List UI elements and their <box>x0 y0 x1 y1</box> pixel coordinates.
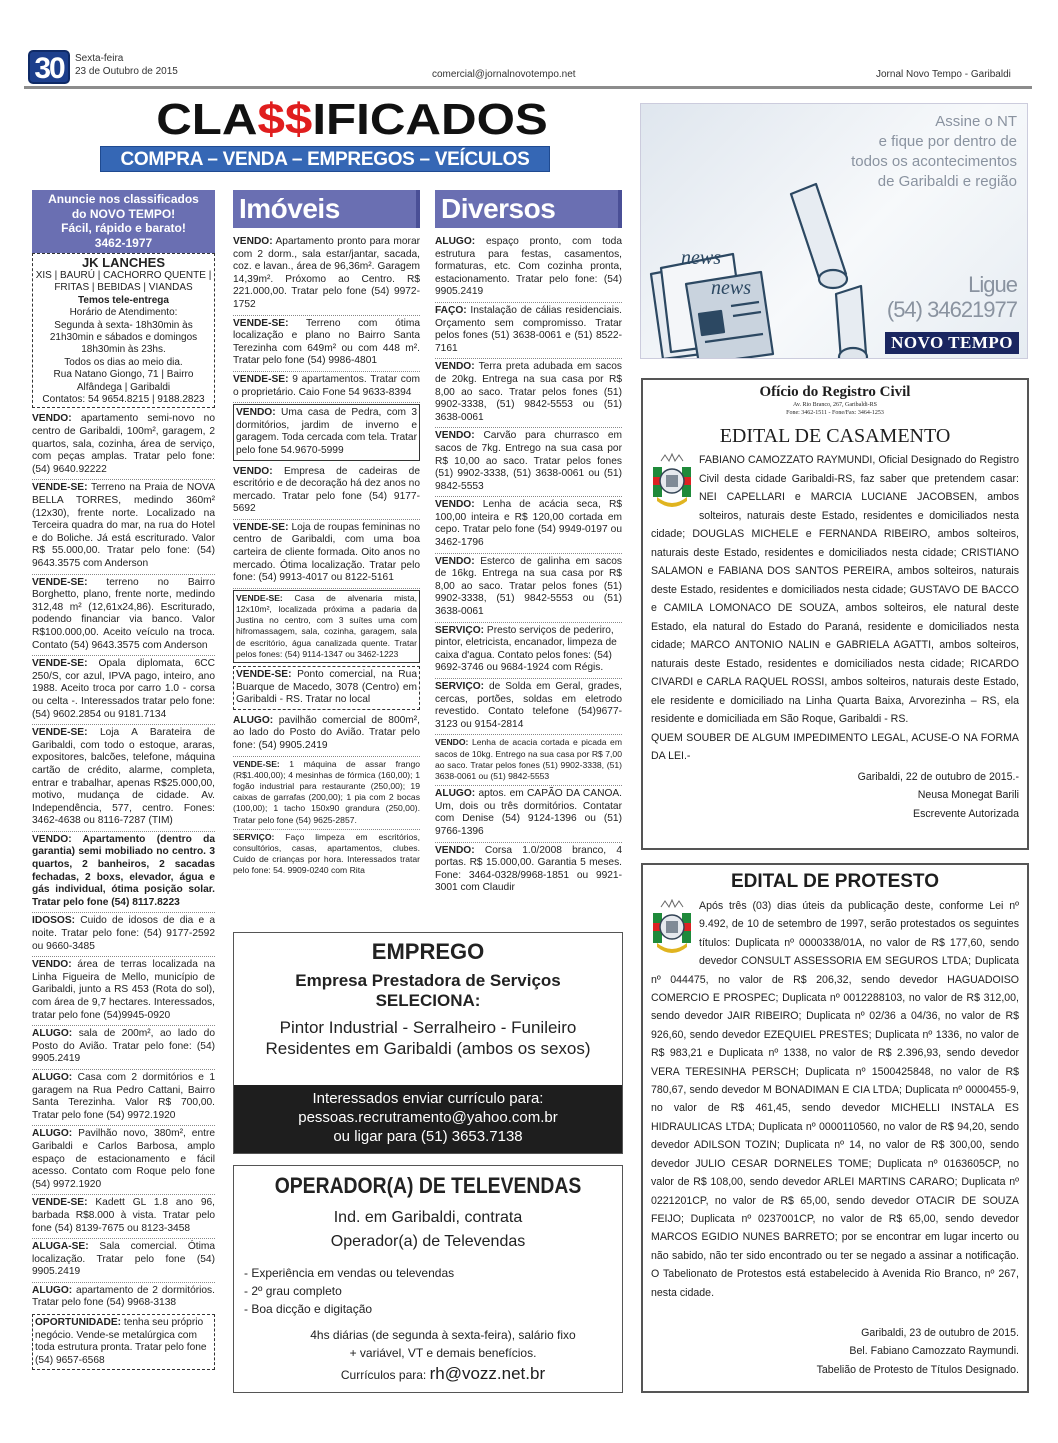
classified-ad: VENDE-SE: terreno no Bairro Borghetto, p… <box>32 575 215 657</box>
registry-address: Av. Rio Branco, 267, Garibaldi-RS <box>651 401 1019 409</box>
classified-ad: VENDE-SE: Kadett GL 1.8 ano 96, barbada … <box>32 1195 215 1239</box>
ad-text: Terreno na Praia de NOVA BELLA TORRES, m… <box>32 482 215 569</box>
edital-protesto-signature: Garibaldi, 23 de outubro de 2015. Bel. F… <box>651 1324 1019 1379</box>
emprego-heading: EMPREGO <box>234 937 622 967</box>
classified-ad: ALUGO: Casa com 2 dormitórios e 1 garage… <box>32 1070 215 1126</box>
ad-keyword: ALUGO: <box>32 1072 72 1083</box>
classified-ad: VENDO: Terra preta adubada em sacos de 2… <box>435 359 622 428</box>
promo-box: Anuncie nos classificados do NOVO TEMPO!… <box>32 190 215 253</box>
slogan-line: de Garibaldi e região <box>851 172 1017 192</box>
ad-keyword: SERVIÇO: <box>435 625 484 636</box>
classified-ad-highlight: VENDE-SE: Ponto comercial, na Rua Buarqu… <box>233 666 420 710</box>
ad-keyword: VENDE-SE: <box>32 1197 87 1208</box>
edital-protesto-text: Após três (03) dias úteis da publicação … <box>651 900 1019 1299</box>
classified-ad: SERVIÇO: Faço limpeza em escritórios, co… <box>233 830 420 880</box>
jk-contacts: Contatos: 54 9654.8215 | 9188.2823 <box>34 394 213 406</box>
classified-ad: ALUGO: espaço pronto, com toda estrutura… <box>435 234 622 303</box>
classified-ad: IDOSOS: Cuido de idosos de dia e a noite… <box>32 913 215 957</box>
header-divider <box>24 86 1032 89</box>
ad-keyword: FAÇO: <box>435 305 467 316</box>
commercial-email[interactable]: comercial@jornalnovotempo.net <box>432 69 576 80</box>
classified-ad: VENDE-SE: Terreno com ótima localização … <box>233 316 420 372</box>
requirement-item: - 2º grau completo <box>244 1282 622 1300</box>
ad-keyword: VENDE-SE: <box>32 577 87 588</box>
nt-ad-call: Ligue (54) 34621977 <box>887 272 1017 322</box>
classified-ad: FAÇO: Instalação de cálias residenciais.… <box>435 303 622 359</box>
ad-keyword: ALUGO: <box>233 715 273 726</box>
ad-keyword: VENDE-SE: <box>233 759 280 769</box>
classified-ad: SERVIÇO: Presto serviços de pederiro, pi… <box>435 623 622 679</box>
column-diversos: Diversos ALUGO: espaço pronto, com toda … <box>435 190 622 898</box>
jk-lanches-ad: JK LANCHES XIS | BAURÚ | CACHORRO QUENTE… <box>32 253 215 408</box>
promo-phone: 3462-1977 <box>34 236 213 251</box>
edital-casamento-heading: EDITAL DE CASAMENTO <box>651 423 1019 449</box>
ad-keyword: VENDO: <box>32 413 72 424</box>
ad-keyword: VENDE-SE: <box>236 669 291 680</box>
televendas-heading: OPERADOR(A) DE TELEVENDAS <box>257 1172 598 1200</box>
ad-keyword: OPORTUNIDADE: <box>35 1317 121 1328</box>
section-title: CLA$$IFICADOS <box>100 96 604 144</box>
emprego-company: Empresa Prestadora de Serviços <box>234 971 622 991</box>
emprego-email[interactable]: pessoas.recrutramento@yahoo.com.br <box>234 1108 622 1127</box>
classified-ad: VENDE-SE: Terreno na Praia de NOVA BELLA… <box>32 480 215 574</box>
ad-keyword: VENDE-SE: <box>233 318 288 329</box>
emprego-residents: Residentes em Garibaldi (ambos os sexos) <box>234 1038 622 1059</box>
ad-keyword: VENDE-SE: <box>233 522 288 533</box>
edital-casamento-body: FABIANO CAMOZZATO RAYMUNDI, Oficial Desi… <box>651 451 1019 766</box>
section-heading-diversos: Diversos <box>435 190 622 228</box>
ad-keyword: VENDO: <box>435 845 475 856</box>
emprego-contact-bar: Interessados enviar currículo para: pess… <box>234 1085 622 1153</box>
televendas-subheading: Operador(a) de Televendas <box>234 1230 622 1254</box>
televendas-terms: + variável, VT e demais benefícios. <box>234 1344 622 1362</box>
classified-ad-boxed: VENDE-SE: Casa de alvenaria mista, 12x10… <box>233 590 420 663</box>
emprego-contact-line: Interessados enviar currículo para: <box>234 1089 622 1108</box>
promo-line: do NOVO TEMPO! <box>34 207 213 222</box>
ad-keyword: VENDO: <box>32 959 72 970</box>
call-phone: (54) 34621977 <box>887 297 1017 322</box>
title-part-1: CLA <box>156 95 257 144</box>
ad-keyword: VENDE-SE: <box>32 658 87 669</box>
classified-ad-boxed: VENDO: Uma casa de Pedra, com 3 dormitór… <box>233 404 420 460</box>
edital-protesto-body: Após três (03) dias úteis da publicação … <box>651 897 1019 1302</box>
date: 23 de Outubro de 2015 <box>75 65 178 78</box>
news-label: news <box>681 247 721 269</box>
ad-keyword: ALUGO: <box>32 1285 72 1296</box>
classified-ad: ALUGO: pavilhão comercial de 800m², ao l… <box>233 713 420 757</box>
classified-ad: VENDO: Apartamento (dentro da garantia) … <box>32 832 215 914</box>
emprego-positions: Pintor Industrial - Serralheiro - Funile… <box>234 1017 622 1038</box>
classified-ad: VENDE-SE: Loja A Barateira de Garibaldi,… <box>32 725 215 832</box>
ad-keyword: VENDO: <box>435 737 468 747</box>
classified-ad: VENDE-SE: 9 apartamentos. Tratar com o p… <box>233 372 420 403</box>
classified-ad: VENDO: apartamento semi-novo no centro d… <box>32 411 215 480</box>
registry-office-name: Ofício do Registro Civil <box>651 384 1019 401</box>
ad-keyword: SERVIÇO: <box>233 832 274 842</box>
slogan-line: Assine o NT <box>851 112 1017 132</box>
ad-text: Loja A Barateira de Garibaldi, com todo … <box>32 727 215 826</box>
news-label: news <box>711 277 751 299</box>
classified-ad: ALUGA-SE: Sala comercial. Ótima localiza… <box>32 1239 215 1283</box>
ad-keyword: VENDO: <box>435 430 475 441</box>
ad-keyword: ALUGA-SE: <box>32 1241 89 1252</box>
emprego-phone: ou ligar para (51) 3653.7138 <box>234 1127 622 1146</box>
ad-keyword: VENDO: <box>233 236 273 247</box>
ad-keyword: VENDO: <box>233 466 273 477</box>
jk-menu: FRITAS | BEBIDAS | VIANDAS <box>34 282 213 294</box>
jk-menu: XIS | BAURÚ | CACHORRO QUENTE | <box>34 270 213 282</box>
issue-date: Sexta-feira 23 de Outubro de 2015 <box>75 52 178 78</box>
ad-keyword: VENDO: <box>435 499 475 510</box>
rs-coat-of-arms-icon <box>651 899 693 959</box>
ad-keyword: VENDO: <box>435 361 475 372</box>
signature-date: Garibaldi, 23 de outubro de 2015. <box>651 1324 1019 1342</box>
column-classifieds-1: Anuncie nos classificados do NOVO TEMPO!… <box>32 190 215 1373</box>
classified-ad: SERVIÇO: de Solda em Geral, grades, cerc… <box>435 679 622 735</box>
classified-ad: ALUGO: sala de 200m², ao lado do Posto d… <box>32 1026 215 1070</box>
registry-phones: Fone: 3462-1511 - Fone/Fax: 3464-1253 <box>651 409 1019 417</box>
column-imoveis: Imóveis VENDO: Apartamento pronto para m… <box>233 190 420 880</box>
classified-ad: VENDO: Corsa 1.0/2008 branco, 4 portas. … <box>435 843 622 898</box>
jk-delivery: Temos tele-entrega <box>34 295 213 307</box>
slogan-line: todos os acontecimentos <box>851 152 1017 172</box>
televendas-cv: Currículos para: rh@vozz.net.br <box>234 1364 622 1384</box>
novo-tempo-subscription-ad: news news Assine o NT e fique por dentro… <box>640 103 1028 359</box>
jk-address: Rua Natano Giongo, 71 | Bairro <box>34 369 213 381</box>
signature-role: Escrevente Autorizada <box>651 805 1019 824</box>
classified-ad: VENDE-SE: Loja de roupas femininas no ce… <box>233 520 420 589</box>
televendas-ad: OPERADOR(A) DE TELEVENDAS Ind. em Gariba… <box>233 1165 623 1393</box>
nt-ad-slogan: Assine o NT e fique por dentro de todos … <box>851 112 1017 192</box>
cv-email[interactable]: rh@vozz.net.br <box>430 1364 546 1383</box>
title-part-2: IFICADOS <box>312 95 547 144</box>
ad-text: Apartamento pronto para morar com 2 dorm… <box>233 236 420 310</box>
ad-keyword: SERVIÇO: <box>435 681 484 692</box>
ad-keyword: VENDE-SE: <box>32 482 87 493</box>
jk-hours: 18h30min às 23hs. <box>34 344 213 356</box>
slogan-line: e fique por dentro de <box>851 132 1017 152</box>
ad-keyword: ALUGO: <box>32 1028 72 1039</box>
jk-hours-label: Horário de Atendimento: <box>34 307 213 319</box>
signature-date: Garibaldi, 22 de outubro de 2015.- <box>651 768 1019 787</box>
signature-role: Tabelião de Protesto de Títulos Designad… <box>651 1361 1019 1379</box>
classified-ad-highlight: OPORTUNIDADE: tenha seu próprio negócio.… <box>32 1314 215 1370</box>
novo-tempo-logo: NOVO TEMPO <box>885 332 1019 354</box>
jk-address: Alfândega | Garibaldi <box>34 382 213 394</box>
edital-casamento-signature: Garibaldi, 22 de outubro de 2015.- Neusa… <box>651 768 1019 824</box>
ad-keyword: VENDO: <box>236 407 276 418</box>
signature-name: Bel. Fabiano Camozzato Raymundi. <box>651 1342 1019 1360</box>
promo-line: Fácil, rápido e barato! <box>34 221 213 236</box>
classified-ad: ALUGO: Pavilhão novo, 380m², entre Garib… <box>32 1126 215 1195</box>
ad-keyword: ALUGO: <box>435 788 475 799</box>
classified-ad: ALUGO: aptos. em CAPÃO DA CANOA. Um, doi… <box>435 786 622 842</box>
title-dollars: $$ <box>258 95 313 144</box>
newspaper-illustration-icon: news news <box>641 164 881 359</box>
classified-ad: ALUGO: apartamento de 2 dormitórios. Tra… <box>32 1283 215 1313</box>
ad-keyword: VENDE-SE: <box>32 727 87 738</box>
classified-ad: VENDO: Lenha de acácia seca, R$ 100,00 i… <box>435 497 622 553</box>
classified-ad: VENDO: Lenha de acacia cortada e picada … <box>435 735 622 786</box>
weekday: Sexta-feira <box>75 52 178 65</box>
page-number: 30 <box>28 50 70 84</box>
edital-casamento-warning: QUEM SOUBER DE ALGUM IMPEDIMENTO LEGAL, … <box>651 729 1019 766</box>
signature-name: Neusa Monegat Barili <box>651 786 1019 805</box>
jk-title: JK LANCHES <box>34 256 213 270</box>
emprego-selects: SELECIONA: <box>234 991 622 1011</box>
cv-label: Currículos para: <box>341 1368 430 1382</box>
jk-hours: Todos os dias ao meio dia. <box>34 357 213 369</box>
ad-keyword: ALUGO: <box>435 236 475 247</box>
requirement-item: - Experiência em vendas ou televendas <box>244 1264 622 1282</box>
classified-ad: VENDO: Empresa de cadeiras de escritório… <box>233 464 420 520</box>
jk-hours: 21h30min e sábados e domingos <box>34 332 213 344</box>
classified-ad: VENDE-SE: Opala diplomata, 6CC 250/S, co… <box>32 656 215 725</box>
section-subtitle: COMPRA – VENDA – EMPREGOS – VEÍCULOS <box>100 146 550 172</box>
jk-hours: Segunda à sexta- 18h30min às <box>34 320 213 332</box>
promo-line: Anuncie nos classificados <box>34 192 213 207</box>
ad-keyword: VENDO: <box>32 834 72 845</box>
newspaper-name: Jornal Novo Tempo - Garibaldi <box>876 69 1011 80</box>
emprego-ad: EMPREGO Empresa Prestadora de Serviços S… <box>233 932 623 1154</box>
televendas-subheading: Ind. em Garibaldi, contrata <box>234 1206 622 1230</box>
edital-casamento-text: FABIANO CAMOZZATO RAYMUNDI, Oficial Desi… <box>651 454 1019 725</box>
ad-keyword: VENDE-SE: <box>233 374 288 385</box>
classified-ad: VENDO: área de terras localizada na Linh… <box>32 957 215 1026</box>
requirement-item: - Boa dicção e digitação <box>244 1300 622 1318</box>
call-label: Ligue <box>887 272 1017 297</box>
ad-keyword: ALUGO: <box>32 1128 72 1139</box>
edital-protesto-heading: EDITAL DE PROTESTO <box>651 869 1019 895</box>
edital-protesto: EDITAL DE PROTESTO Após três (03) dias ú… <box>641 863 1029 1393</box>
ad-keyword: VENDE-SE: <box>236 593 283 603</box>
edital-casamento: Ofício do Registro Civil Av. Rio Branco,… <box>641 378 1029 850</box>
section-heading-imoveis: Imóveis <box>233 190 420 228</box>
classified-ad: VENDE-SE: 1 máquina de assar frango (R$1… <box>233 757 420 830</box>
classified-ad: VENDO: Carvão para churrasco em sacos de… <box>435 428 622 497</box>
rs-coat-of-arms-icon <box>651 453 693 513</box>
ad-keyword: IDOSOS: <box>32 915 75 926</box>
ad-keyword: VENDO: <box>435 556 475 567</box>
televendas-requirements: - Experiência em vendas ou televendas - … <box>244 1264 622 1318</box>
classified-ad: VENDO: Apartamento pronto para morar com… <box>233 234 420 316</box>
televendas-terms: 4hs diárias (de segunda à sexta-feira), … <box>234 1326 622 1344</box>
classified-ad: VENDO: Esterco de galinha em sacos de 16… <box>435 554 622 623</box>
